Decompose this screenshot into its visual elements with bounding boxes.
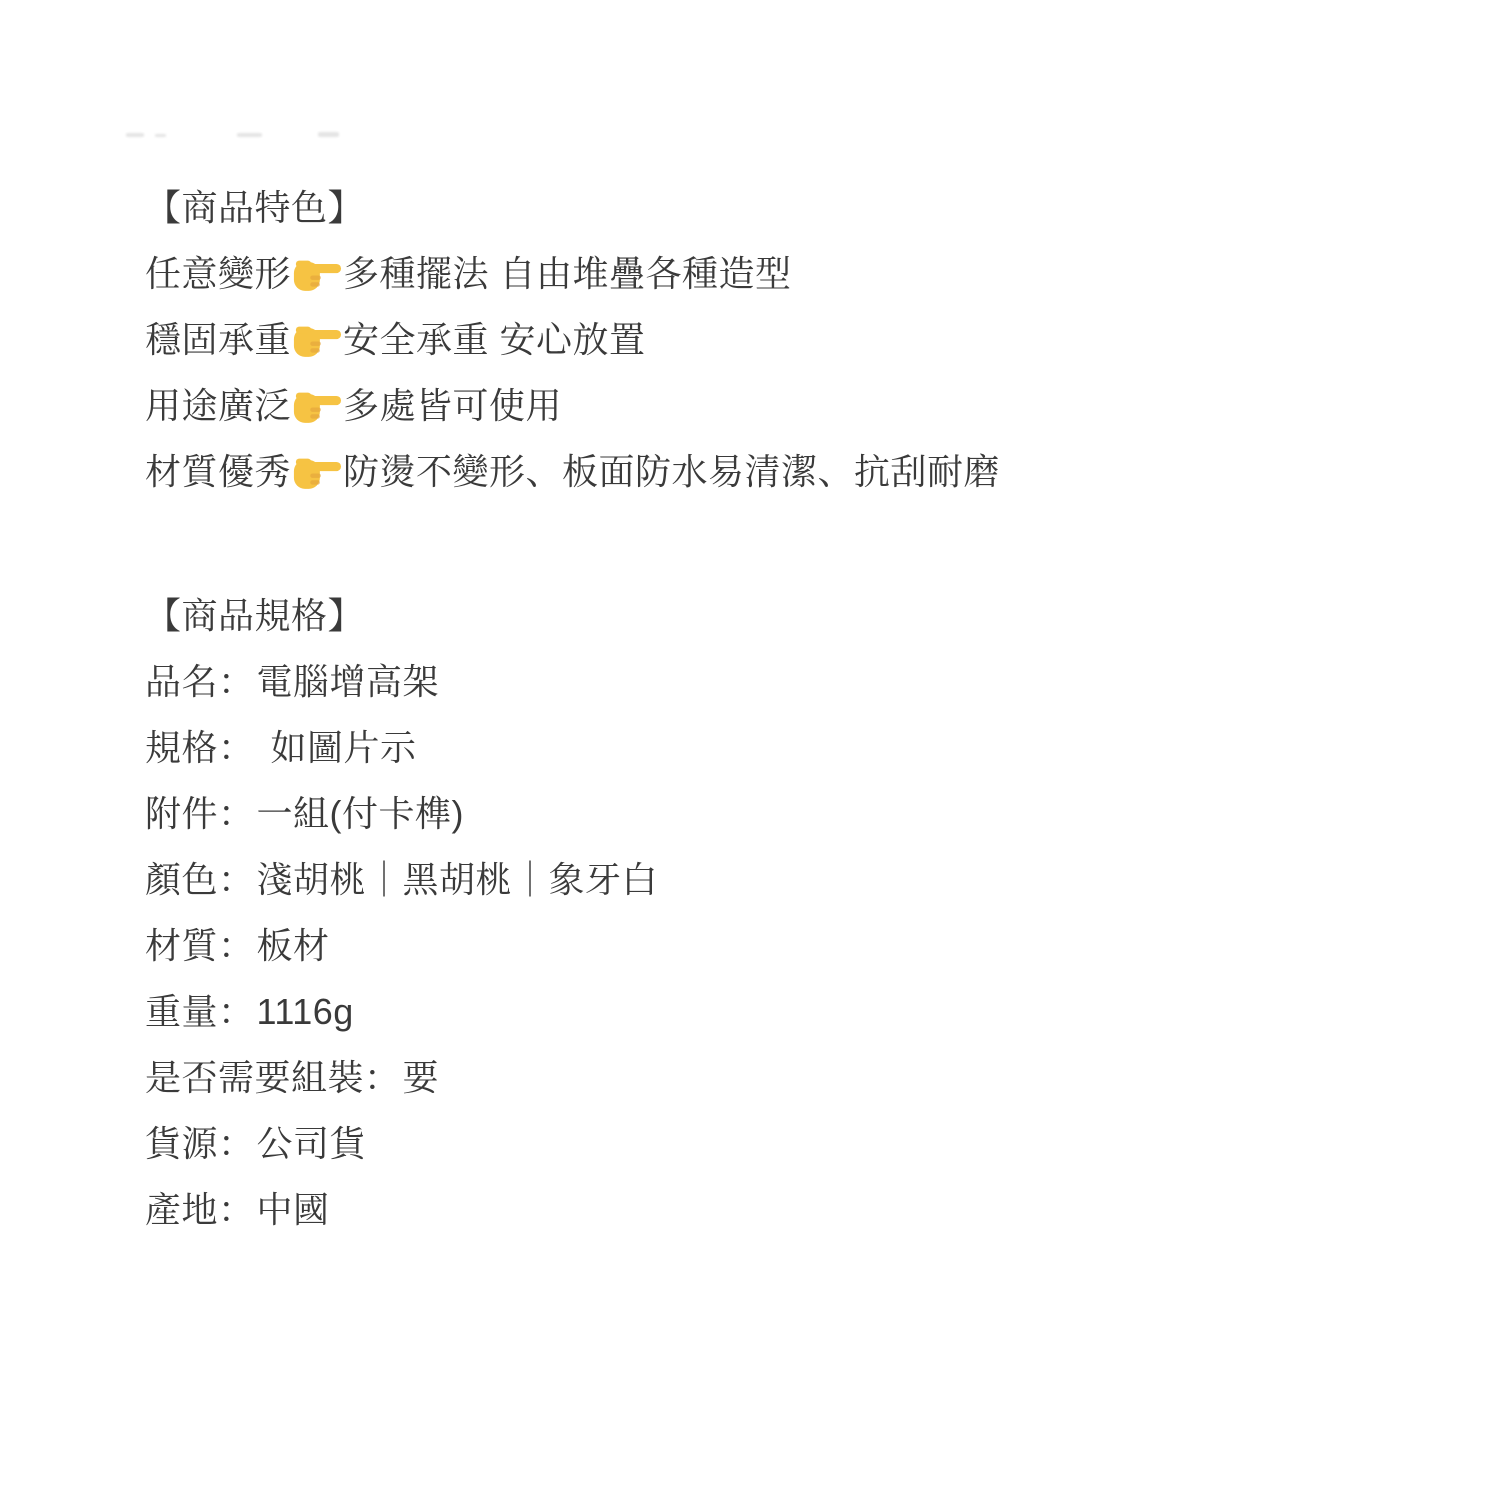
spec-row-material: 材質：板材 <box>145 913 1405 979</box>
feature-text: 防燙不變形、板面防水易清潔、抗刮耐磨 <box>343 451 1000 492</box>
product-description: 【商品特色】 任意變形多種擺法 自由堆疊各種造型 穩固承重安全承重 安心放置 用… <box>145 175 1405 1243</box>
spec-label: 品名： <box>145 661 255 702</box>
spec-label: 附件： <box>145 793 255 834</box>
features-section-title: 【商品特色】 <box>145 175 1405 241</box>
feature-item: 用途廣泛多處皆可使用 <box>145 373 1405 439</box>
feature-item: 任意變形多種擺法 自由堆疊各種造型 <box>145 241 1405 307</box>
feature-text: 安全承重 安心放置 <box>343 319 646 360</box>
artifact-smudge <box>155 134 166 137</box>
spec-row-name: 品名：電腦增高架 <box>145 649 1405 715</box>
pointing-right-icon <box>292 389 342 426</box>
spec-row-weight: 重量：1116g <box>145 979 1405 1045</box>
feature-label: 穩固承重 <box>145 319 291 360</box>
spec-value: 中國 <box>257 1189 330 1230</box>
spec-value: 板材 <box>257 925 330 966</box>
spec-value: 淺胡桃｜黑胡桃｜象牙白 <box>257 859 659 900</box>
spec-label: 是否需要組裝： <box>145 1057 401 1098</box>
spec-value: 電腦增高架 <box>257 661 440 702</box>
pointing-right-icon <box>292 257 342 294</box>
pointing-right-icon <box>292 455 342 492</box>
spec-value: 公司貨 <box>257 1123 367 1164</box>
feature-item: 穩固承重安全承重 安心放置 <box>145 307 1405 373</box>
artifact-smudge <box>318 132 339 137</box>
artifact-smudge <box>237 133 262 137</box>
spec-label: 材質： <box>145 925 255 966</box>
spec-row-color: 顏色：淺胡桃｜黑胡桃｜象牙白 <box>145 847 1405 913</box>
spec-label: 顏色： <box>145 859 255 900</box>
feature-label: 材質優秀 <box>145 451 291 492</box>
feature-label: 用途廣泛 <box>145 385 291 426</box>
spec-row-origin: 產地：中國 <box>145 1177 1405 1243</box>
feature-label: 任意變形 <box>145 253 291 294</box>
spec-label: 貨源： <box>145 1123 255 1164</box>
specs-section-title: 【商品規格】 <box>145 583 1405 649</box>
feature-text: 多處皆可使用 <box>343 385 562 426</box>
spec-value: 1116g <box>257 991 354 1032</box>
feature-item: 材質優秀防燙不變形、板面防水易清潔、抗刮耐磨 <box>145 439 1405 505</box>
spec-row-size: 規格：如圖片示 <box>145 715 1405 781</box>
spec-value: 要 <box>403 1057 440 1098</box>
spec-label: 重量： <box>145 991 255 1032</box>
spec-row-assembly: 是否需要組裝：要 <box>145 1045 1405 1111</box>
spec-label: 產地： <box>145 1189 255 1230</box>
spec-label: 規格： <box>145 727 255 768</box>
artifact-smudge <box>126 133 144 137</box>
spec-row-accessories: 附件：一組(付卡榫) <box>145 781 1405 847</box>
feature-text: 多種擺法 自由堆疊各種造型 <box>343 253 792 294</box>
spec-value: 一組(付卡榫) <box>257 793 464 834</box>
spec-value: 如圖片示 <box>271 727 417 768</box>
spec-row-source: 貨源：公司貨 <box>145 1111 1405 1177</box>
pointing-right-icon <box>292 323 342 360</box>
